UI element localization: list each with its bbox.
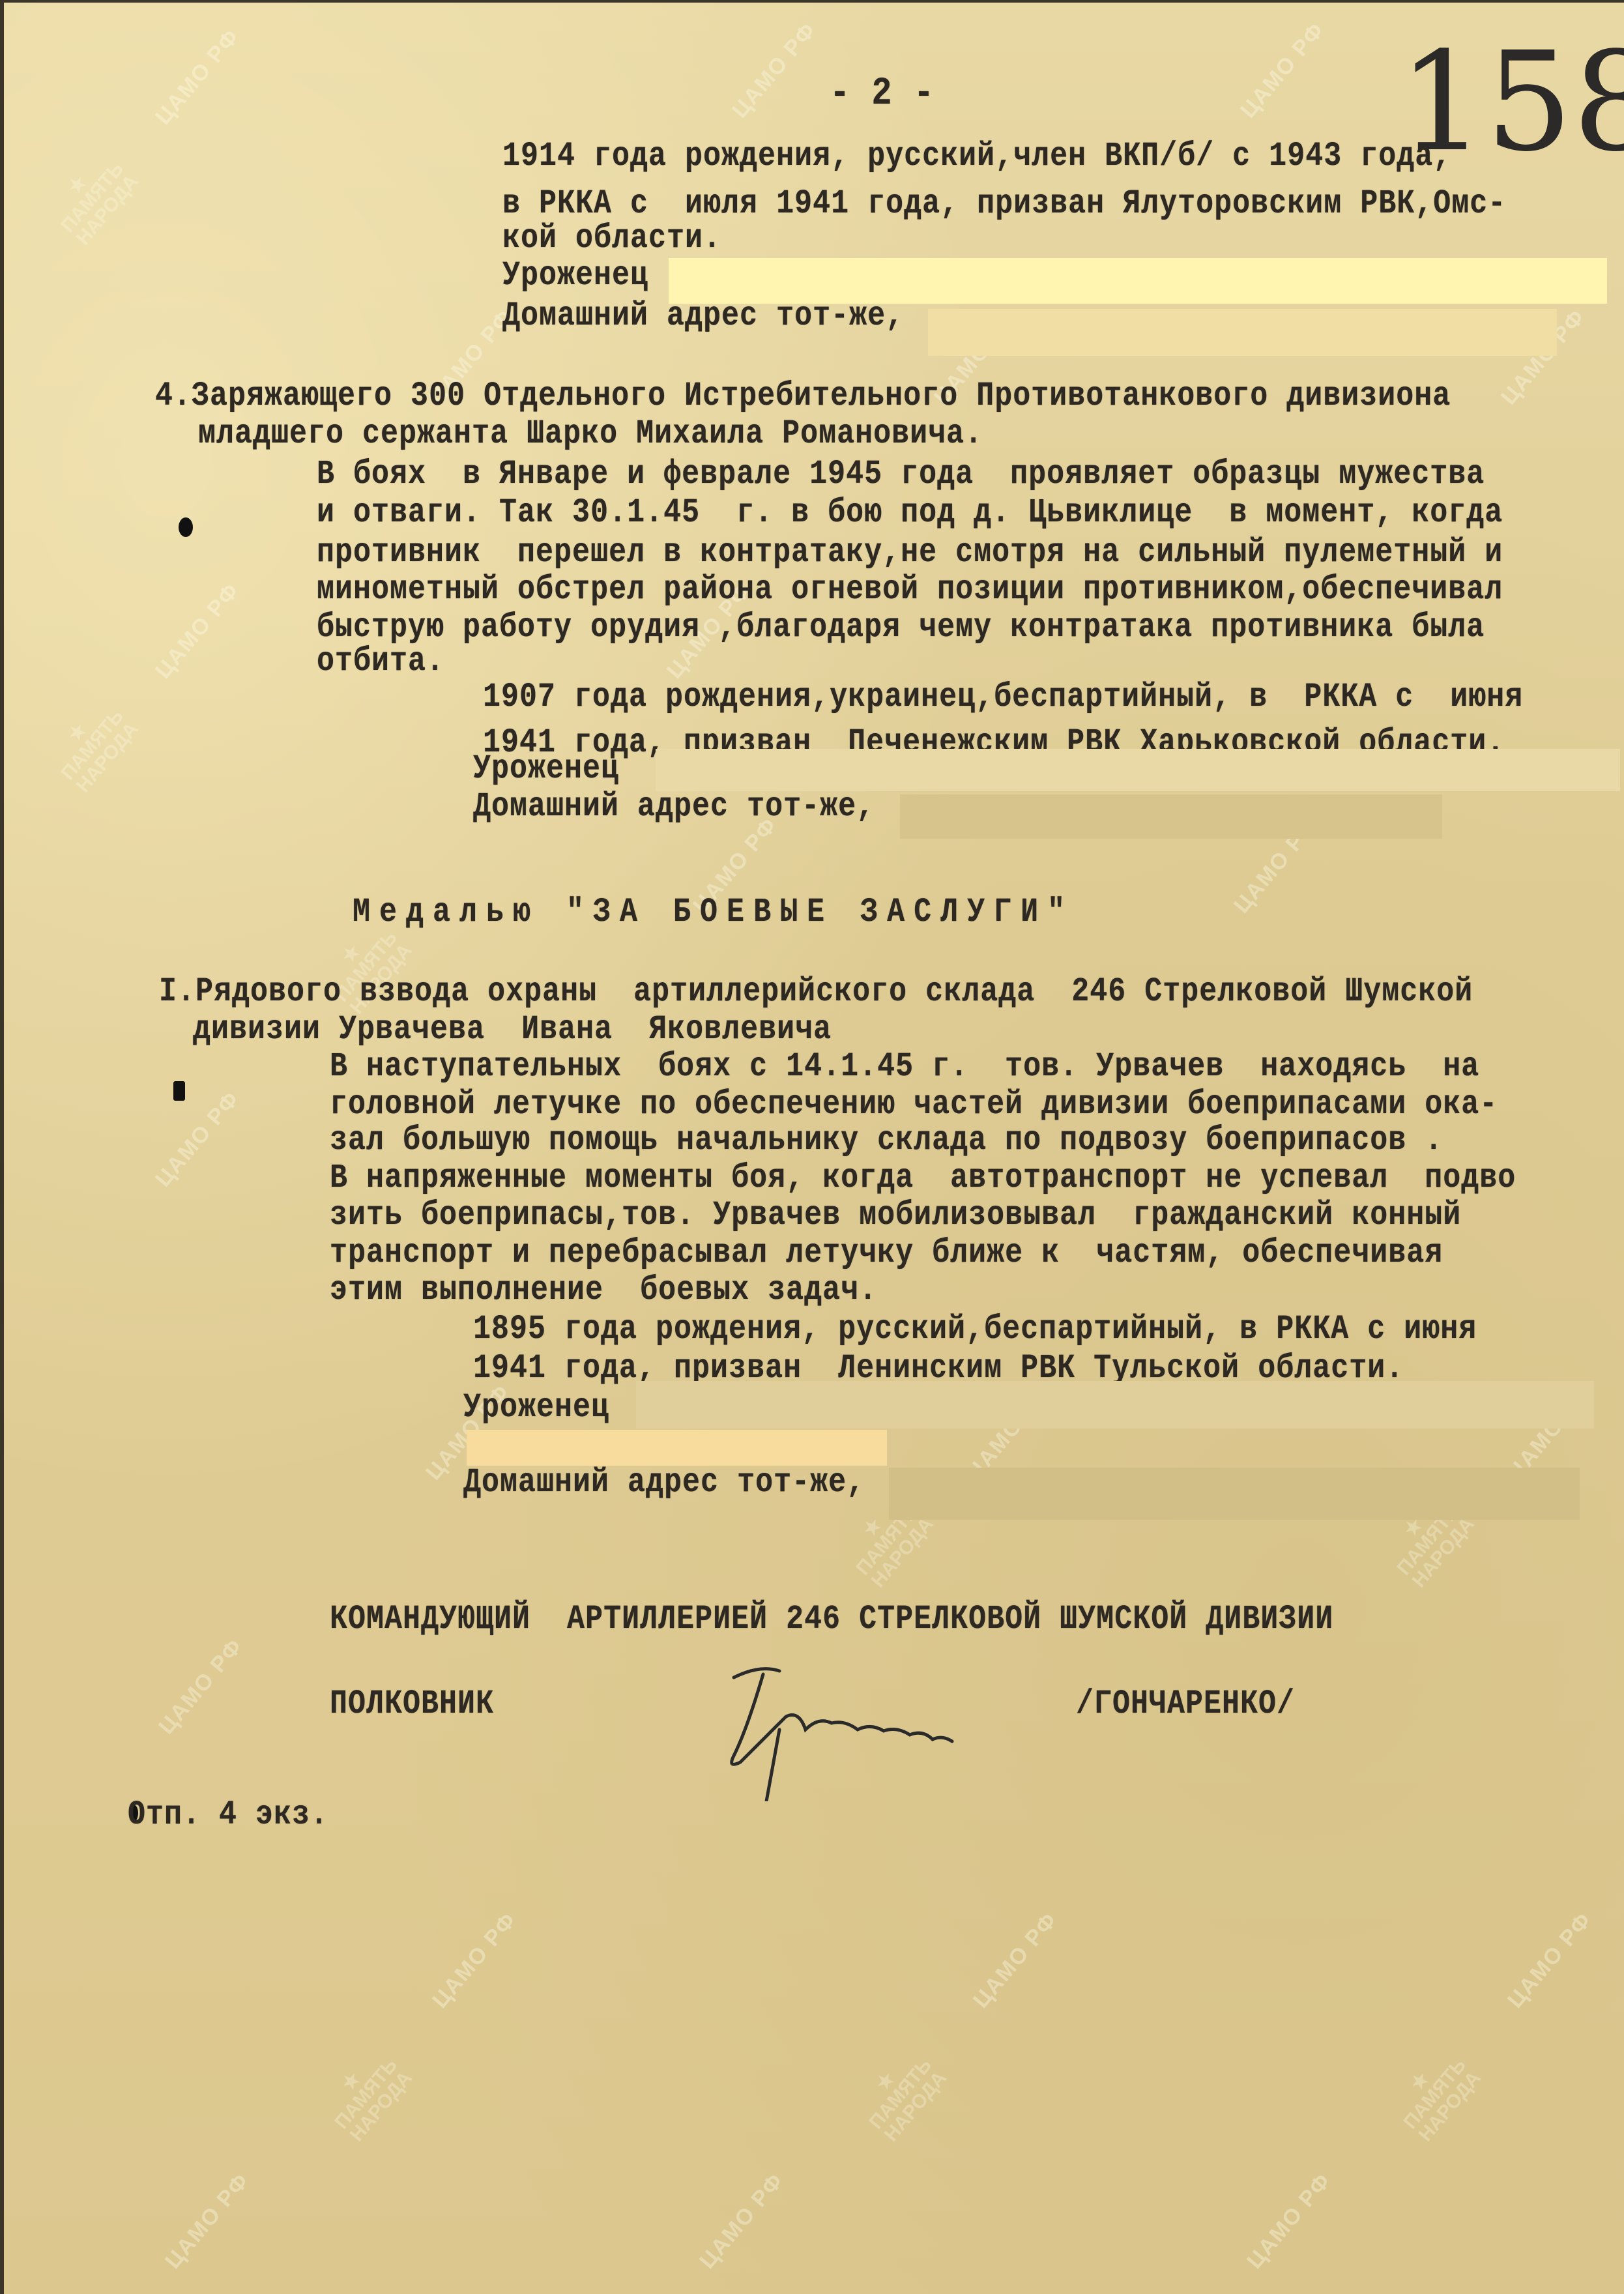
- archive-watermark: ЦАМО РФ: [428, 1908, 522, 2013]
- redaction-block: [889, 1468, 1580, 1520]
- archive-watermark: ЦАМО РФ: [160, 2168, 255, 2274]
- archive-watermark: ЦАМО РФ: [1236, 18, 1330, 123]
- entry1-body-line: зить боеприпасы,тов. Урвачев мобилизовыв…: [330, 1198, 1461, 1232]
- punch-hole: [173, 1081, 185, 1101]
- commander-name: /ГОНЧАРЕНКО/: [1076, 1687, 1295, 1721]
- archive-watermark: ЦАМО РФ: [968, 1908, 1063, 2013]
- entry3-bio-line1: 1914 года рождения, русский,член ВКП/б/ …: [502, 139, 1451, 173]
- entry3-bio-line2: в РККА с июля 1941 года, призван Ялуторо…: [502, 187, 1506, 221]
- entry1-heading-line1: I.Рядового взвода охраны артиллерийского…: [159, 975, 1473, 1009]
- entry1-body-line: транспорт и перебрасывал летучку ближе к…: [330, 1236, 1443, 1270]
- commander-rank: ПОЛКОВНИК: [330, 1687, 494, 1721]
- entry4-body-line: В боях в Январе и феврале 1945 года проя…: [317, 457, 1485, 491]
- redaction-block: [900, 794, 1442, 839]
- archive-watermark: ЦАМО РФ: [727, 18, 822, 123]
- archive-watermark: ЦАМО РФ: [151, 1086, 245, 1192]
- entry4-bio-line1: 1907 года рождения,украинец,беспартийный…: [483, 680, 1523, 714]
- entry1-body-line: В напряженные моменты боя, когда автотра…: [330, 1161, 1516, 1195]
- project-watermark: ★ ПАМЯТЬ НАРОДА: [43, 147, 142, 249]
- entry1-body-line: головной летучке по обеспечению частей д…: [330, 1088, 1498, 1122]
- entry4-body-line: противник перешел в контратаку,не смотря…: [317, 536, 1503, 570]
- copies-note: Отп. 4 экз.: [128, 1798, 328, 1832]
- award-heading: Медалью "ЗА БОЕВЫЕ ЗАСЛУГИ": [353, 895, 1074, 929]
- redaction-block: [928, 309, 1557, 356]
- entry3-bio-line3: кой области.: [502, 222, 721, 255]
- redaction-block: [656, 749, 1620, 791]
- document-page: ЦАМО РФ ЦАМО РФ ЦАМО РФ ЦАМО РФ ЦАМО РФ …: [0, 0, 1624, 2294]
- project-watermark: ★ ПАМЯТЬ НАРОДА: [851, 2043, 950, 2145]
- entry1-birthplace-label: Уроженец: [463, 1391, 609, 1425]
- entry3-birthplace-label: Уроженец: [502, 259, 648, 293]
- project-watermark: ★ ПАМЯТЬ НАРОДА: [1385, 2043, 1485, 2145]
- archive-watermark: ЦАМО РФ: [151, 578, 245, 684]
- entry4-heading-line1: 4.Заряжающего 300 Отдельного Истребитель…: [155, 379, 1451, 413]
- entry1-body-line: этим выполнение боевых задач.: [330, 1273, 877, 1307]
- archive-watermark: ЦАМО РФ: [1503, 1908, 1597, 2013]
- project-watermark: ★ ПАМЯТЬ НАРОДА: [317, 2043, 416, 2145]
- punch-hole: [179, 517, 193, 537]
- entry4-body-line: быструю работу орудия ,благодаря чему ко…: [317, 611, 1485, 645]
- entry3-address-label: Домашний адрес тот-же,: [502, 299, 904, 333]
- project-watermark: ★ ПАМЯТЬ НАРОДА: [43, 694, 142, 796]
- entry4-body-line: отбита.: [317, 645, 444, 678]
- entry4-body-line: и отваги. Так 30.1.45 г. в бою под д. Ць…: [317, 496, 1503, 530]
- entry1-address-label: Домашний адрес тот-же,: [463, 1466, 865, 1500]
- entry1-bio-line2: 1941 года, призван Ленинским РВК Тульско…: [473, 1352, 1404, 1386]
- entry1-body-line: зал большую помощь начальнику склада по …: [330, 1124, 1443, 1157]
- entry1-body-line: В наступательных боях с 14.1.45 г. тов. …: [330, 1050, 1479, 1084]
- commander-title: КОМАНДУЮЩИЙ АРТИЛЛЕРИЕЙ 246 СТРЕЛКОВОЙ Ш…: [330, 1603, 1333, 1636]
- archive-watermark: ЦАМО РФ: [151, 24, 245, 130]
- archive-watermark: ЦАМО РФ: [1242, 2168, 1337, 2274]
- entry4-birthplace-label: Уроженец: [473, 752, 619, 786]
- entry4-address-label: Домашний адрес тот-же,: [473, 790, 875, 824]
- archive-watermark: ЦАМО РФ: [695, 2168, 789, 2274]
- entry1-bio-line1: 1895 года рождения, русский,беспартийный…: [473, 1313, 1477, 1346]
- handwritten-signature: [708, 1658, 1047, 1801]
- entry4-body-line: минометный обстрел района огневой позици…: [317, 573, 1503, 607]
- page-number: - 2 -: [830, 74, 935, 113]
- redaction-block: [636, 1381, 1594, 1429]
- entry4-heading-line2: младшего сержанта Шарко Михаила Романови…: [198, 417, 983, 451]
- redaction-block: [467, 1430, 887, 1466]
- archive-watermark: ЦАМО РФ: [154, 1634, 248, 1739]
- entry1-heading-line2: дивизии Урвачева Ивана Яковлевича: [193, 1013, 832, 1047]
